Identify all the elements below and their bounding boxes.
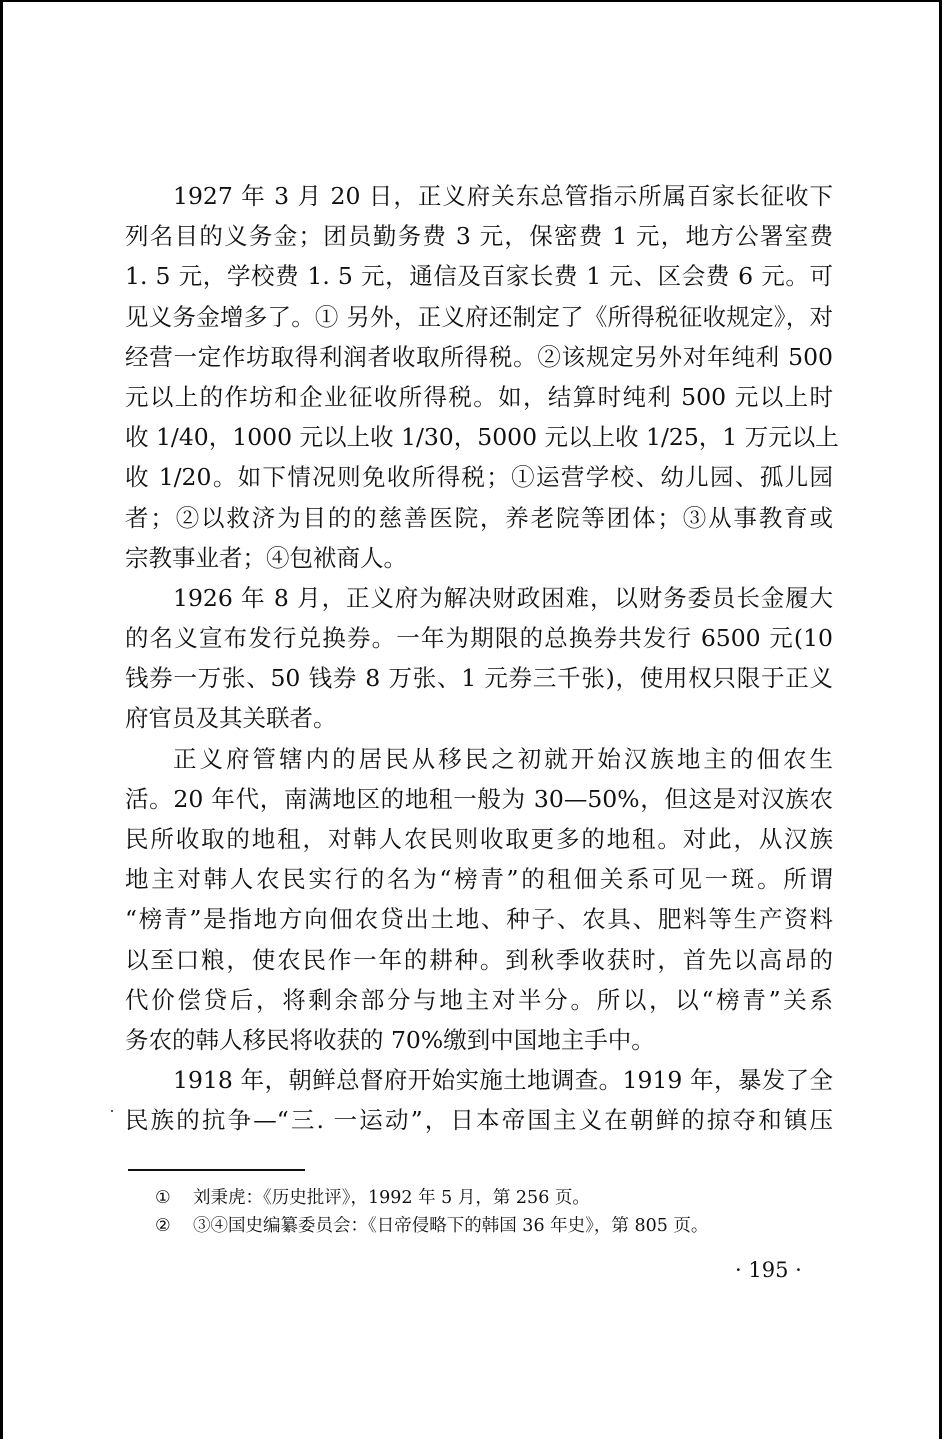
paragraph-4: 1918 年，朝鲜总督府开始实施土地调查。1919 年，暴发了全 民族的抗争—“…	[125, 1060, 833, 1140]
text-line: 1. 5 元，学校费 1. 5 元，通信及百家长费 1 元、区会费 6 元。可	[125, 256, 833, 296]
text-line: 1918 年，朝鲜总督府开始实施土地调查。1919 年，暴发了全	[125, 1060, 833, 1100]
paragraph-2: 1926 年 8 月，正义府为解决财政困难，以财务委员长金履大 的名义宣布发行兑…	[125, 578, 833, 739]
text-line: 地主对韩人农民实行的名为“榜青”的租佃关系可见一斑。所谓	[125, 859, 833, 899]
text-line: “榜青”是指地方向佃农贷出土地、种子、农具、肥料等生产资料	[125, 899, 833, 939]
footnote-marker: ②	[155, 1212, 193, 1240]
paragraph-1: 1927 年 3 月 20 日，正义府关东总管指示所属百家长征收下 列名目的义务…	[125, 176, 833, 578]
text-line: 代价偿贷后，将剩余部分与地主对半分。所以，以“榜青”关系	[125, 980, 833, 1020]
text-line: 经营一定作坊取得利润者收取所得税。②该规定另外对年纯利 500	[125, 337, 833, 377]
text-line: 收 1/20。如下情况则免收所得税；①运营学校、幼儿园、孤儿园	[125, 457, 833, 497]
text-line: 1926 年 8 月，正义府为解决财政困难，以财务委员长金履大	[125, 578, 833, 618]
text-line: 的名义宣布发行兑换券。一年为期限的总换券共发行 6500 元(10	[125, 618, 833, 658]
scanned-page: 1927 年 3 月 20 日，正义府关东总管指示所属百家长征收下 列名目的义务…	[0, 0, 942, 1439]
text-line: 1927 年 3 月 20 日，正义府关东总管指示所属百家长征收下	[125, 176, 833, 216]
text-line: 宗教事业者；④包袱商人。	[125, 538, 833, 578]
paragraph-3: 正义府管辖内的居民从移民之初就开始汉族地主的佃农生 活。20 年代，南满地区的地…	[125, 739, 833, 1061]
footnote-marker: ①	[155, 1184, 193, 1212]
scan-speck	[111, 1110, 113, 1112]
text-line: 元以上的作坊和企业征收所得税。如，结算时纯利 500 元以上时	[125, 377, 833, 417]
text-line: 者；②以救济为目的的慈善医院，养老院等团体；③从事教育或	[125, 498, 833, 538]
footnotes: ① 刘秉虎：《历史批评》，1992 年 5 月，第 256 页。 ② ③④国史编…	[155, 1184, 835, 1240]
text-line: 务农的韩人移民将收获的 70%缴到中国地主手中。	[125, 1020, 833, 1060]
text-line: 列名目的义务金；团员勤务费 3 元，保密费 1 元，地方公署室费	[125, 216, 833, 256]
text-line: 民族的抗争—“三. 一运动”，日本帝国主义在朝鲜的掠夺和镇压	[125, 1100, 833, 1140]
text-line: 以至口粮，使农民作一年的耕种。到秋季收获时，首先以高昂的	[125, 940, 833, 980]
text-line: 正义府管辖内的居民从移民之初就开始汉族地主的佃农生	[125, 739, 833, 779]
text-line: 钱券一万张、50 钱券 8 万张、1 元券三千张)，使用权只限于正义	[125, 658, 833, 698]
text-line: 收 1/40，1000 元以上收 1/30，5000 元以上收 1/25，1 万…	[125, 417, 833, 457]
text-line: 活。20 年代，南满地区的地租一般为 30—50%，但这是对汉族农	[125, 779, 833, 819]
footnote-text: ③④国史编纂委员会：《日帝侵略下的韩国 36 年史》，第 805 页。	[193, 1212, 708, 1240]
footnote-text: 刘秉虎：《历史批评》，1992 年 5 月，第 256 页。	[193, 1184, 590, 1212]
footnote-divider	[128, 1169, 305, 1171]
text-line: 府官员及其关联者。	[125, 698, 833, 738]
footnote-1: ① 刘秉虎：《历史批评》，1992 年 5 月，第 256 页。	[155, 1184, 835, 1212]
footnote-2: ② ③④国史编纂委员会：《日帝侵略下的韩国 36 年史》，第 805 页。	[155, 1212, 835, 1240]
text-line: 民所收取的地租，对韩人农民则收取更多的地租。对此，从汉族	[125, 819, 833, 859]
page-number: · 195 ·	[735, 1256, 802, 1284]
text-line: 见义务金增多了。① 另外，正义府还制定了《所得税征收规定》，对	[125, 297, 833, 337]
body-text: 1927 年 3 月 20 日，正义府关东总管指示所属百家长征收下 列名目的义务…	[125, 176, 833, 1141]
